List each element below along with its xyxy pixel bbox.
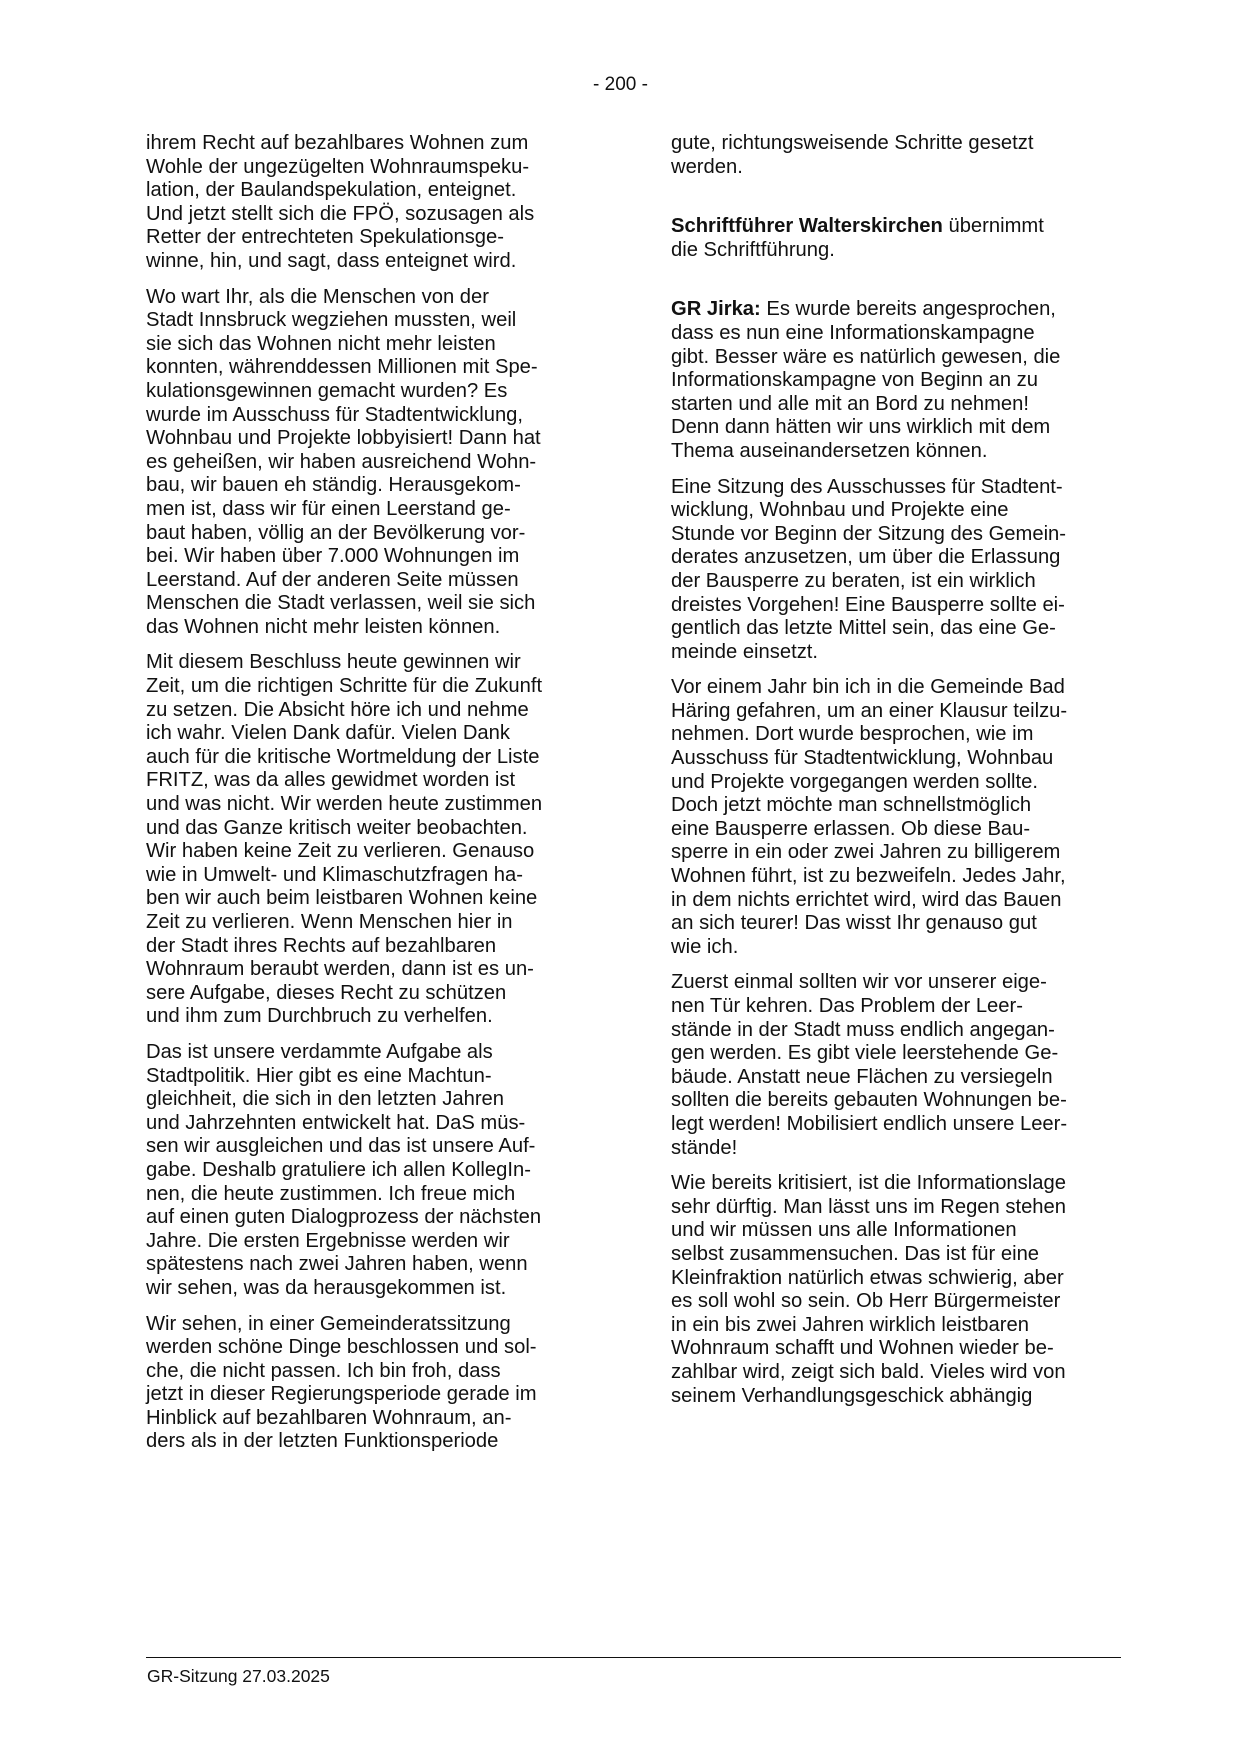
paragraph: Mit diesem Beschluss heute gewinnen wir … xyxy=(146,651,616,1029)
page-number: - 200 - xyxy=(0,74,1241,96)
footer-divider xyxy=(146,1657,1121,1658)
secretary-note: Schriftführer Walterskirchen übernimmt d… xyxy=(671,215,1141,262)
paragraph: Vor einem Jahr bin ich in die Gemeinde B… xyxy=(671,676,1141,959)
paragraph: Eine Sitzung des Ausschusses für Stadten… xyxy=(671,476,1141,665)
continuation-paragraph: gute, richtungsweisende Schritte gesetzt… xyxy=(671,132,1141,179)
speech-opening-text: Es wurde bereits angesprochen, dass es n… xyxy=(671,298,1060,462)
paragraph: Das ist unsere verdammte Aufgabe als Sta… xyxy=(146,1041,616,1301)
footer-session-label: GR-Sitzung 27.03.2025 xyxy=(147,1666,330,1686)
paragraph: Wo wart Ihr, als die Menschen von der St… xyxy=(146,286,616,640)
paragraph: Zuerst einmal sollten wir vor unserer ei… xyxy=(671,971,1141,1160)
paragraph: Wie bereits kritisiert, ist die Informat… xyxy=(671,1172,1141,1408)
left-column: ihrem Recht auf bezahlbares Wohnen zum W… xyxy=(146,132,616,1466)
secretary-name: Schriftführer Walterskirchen xyxy=(671,215,943,237)
right-column: gute, richtungsweisende Schritte gesetzt… xyxy=(671,132,1141,1420)
speech-opening: GR Jirka: Es wurde bereits angesprochen,… xyxy=(671,298,1141,463)
paragraph: Wir sehen, in einer Gemeinderatssitzung … xyxy=(146,1313,616,1455)
paragraph: ihrem Recht auf bezahlbares Wohnen zum W… xyxy=(146,132,616,274)
speaker-name: GR Jirka: xyxy=(671,298,761,320)
